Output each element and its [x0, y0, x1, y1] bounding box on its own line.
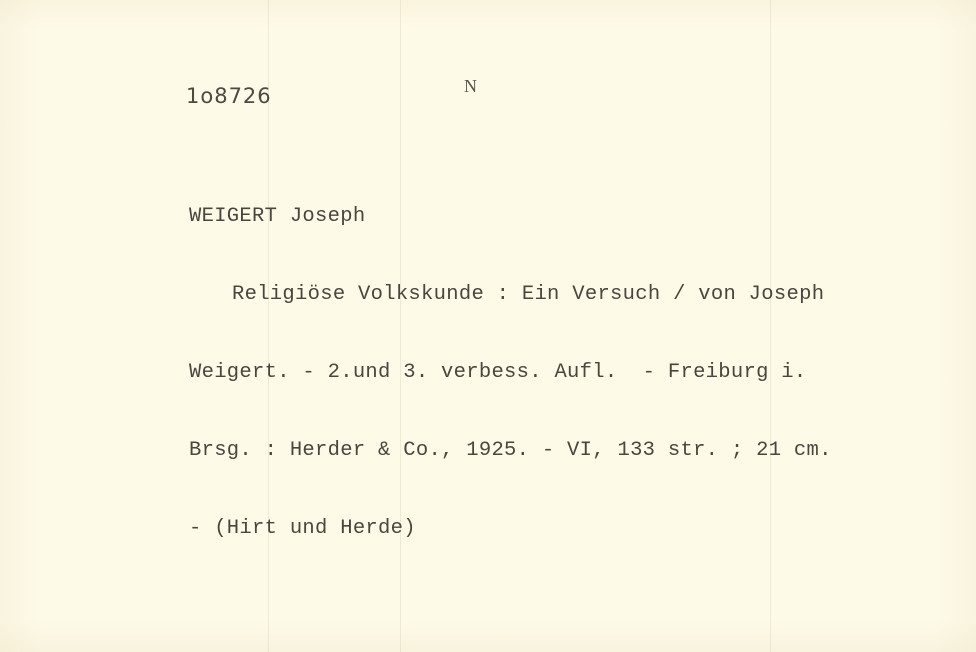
description-line-publication: Brsg. : Herder & Co., 1925. - VI, 133 st…: [189, 438, 832, 464]
catalog-card: 1o8726 N WEIGERT Joseph Religiöse Volksk…: [0, 0, 976, 652]
bibliographic-entry: WEIGERT Joseph Religiöse Volkskunde : Ei…: [189, 152, 832, 594]
author-heading: WEIGERT Joseph: [189, 204, 832, 230]
location-mark: N: [464, 76, 477, 97]
description-line-series: - (Hirt und Herde): [189, 516, 832, 542]
description-line-title: Religiöse Volkskunde : Ein Versuch / von…: [189, 282, 832, 308]
description-line-edition: Weigert. - 2.und 3. verbess. Aufl. - Fre…: [189, 360, 832, 386]
call-number: 1o8726: [186, 84, 272, 108]
